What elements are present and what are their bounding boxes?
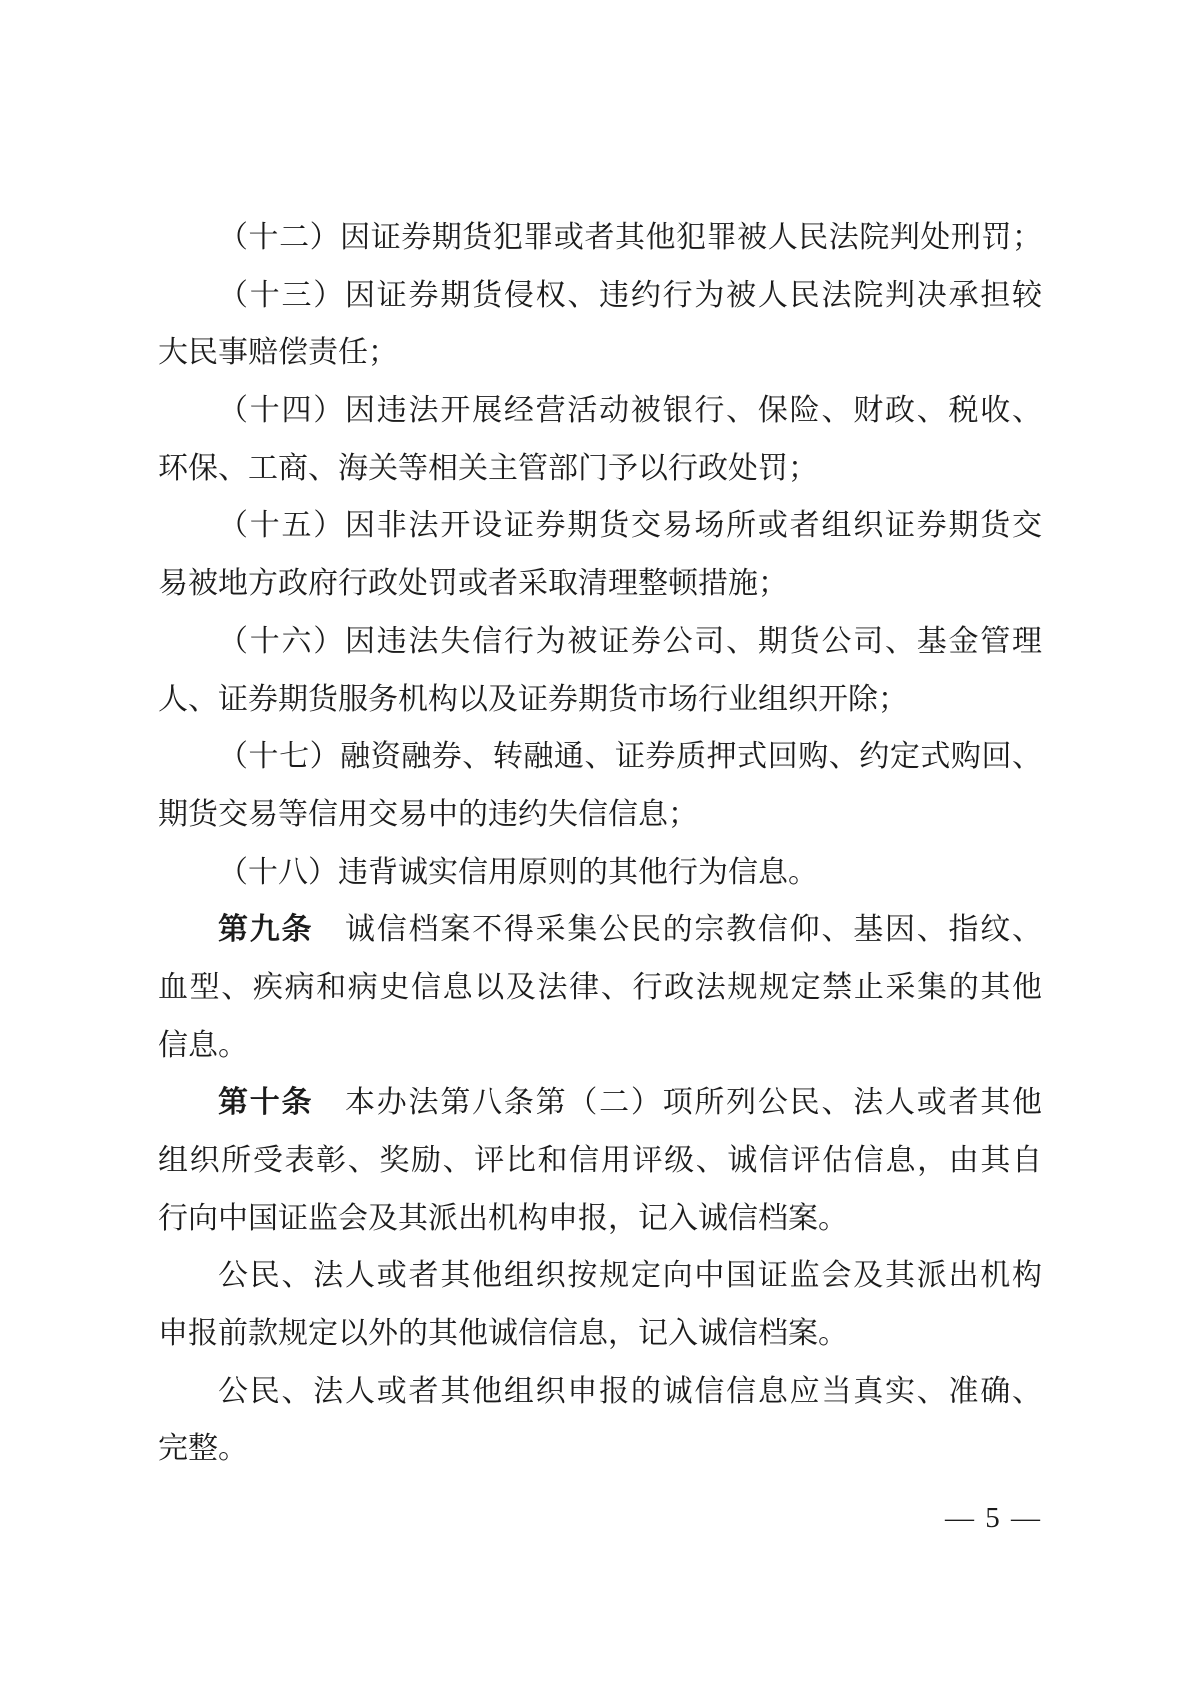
article-number: 第九条 xyxy=(218,913,313,946)
text-line: 行向中国证监会及其派出机构申报，记入诚信档案。 xyxy=(158,1190,1042,1248)
document-body: （十二）因证券期货犯罪或者其他犯罪被人民法院判处刑罚；（十三）因证券期货侵权、违… xyxy=(158,209,1042,1478)
article-line: 第十条 本办法第八条第（二）项所列公民、法人或者其他 xyxy=(158,1074,1042,1132)
text-line: 期货交易等信用交易中的违约失信信息； xyxy=(158,786,1042,844)
text-line: 血型、疾病和病史信息以及法律、行政法规规定禁止采集的其他 xyxy=(158,959,1042,1017)
text-line: （十二）因证券期货犯罪或者其他犯罪被人民法院判处刑罚； xyxy=(158,209,1042,267)
text-line: （十七）融资融券、转融通、证券质押式回购、约定式购回、 xyxy=(158,728,1042,786)
text-line: 公民、法人或者其他组织申报的诚信信息应当真实、准确、 xyxy=(158,1363,1042,1421)
text-line: （十四）因违法开展经营活动被银行、保险、财政、税收、 xyxy=(158,382,1042,440)
text-line: 公民、法人或者其他组织按规定向中国证监会及其派出机构 xyxy=(158,1247,1042,1305)
text-line: （十八）违背诚实信用原则的其他行为信息。 xyxy=(158,844,1042,902)
text-line: 完整。 xyxy=(158,1420,1042,1478)
text-line: （十三）因证券期货侵权、违约行为被人民法院判决承担较 xyxy=(158,267,1042,325)
document-page: （十二）因证券期货犯罪或者其他犯罪被人民法院判处刑罚；（十三）因证券期货侵权、违… xyxy=(0,0,1200,1697)
text-line: 信息。 xyxy=(158,1017,1042,1075)
text-line: 组织所受表彰、奖励、评比和信用评级、诚信评估信息，由其自 xyxy=(158,1132,1042,1190)
text-line: 大民事赔偿责任； xyxy=(158,324,1042,382)
text-line: （十六）因违法失信行为被证券公司、期货公司、基金管理 xyxy=(158,613,1042,671)
text-line: 人、证券期货服务机构以及证券期货市场行业组织开除； xyxy=(158,671,1042,729)
text-line: 易被地方政府行政处罚或者采取清理整顿措施； xyxy=(158,555,1042,613)
article-number: 第十条 xyxy=(218,1086,313,1119)
text-line: （十五）因非法开设证券期货交易场所或者组织证券期货交 xyxy=(158,497,1042,555)
article-line: 第九条 诚信档案不得采集公民的宗教信仰、基因、指纹、 xyxy=(158,901,1042,959)
page-number: — 5 — xyxy=(945,1498,1042,1538)
text-line: 申报前款规定以外的其他诚信信息，记入诚信档案。 xyxy=(158,1305,1042,1363)
text-line: 环保、工商、海关等相关主管部门予以行政处罚； xyxy=(158,440,1042,498)
